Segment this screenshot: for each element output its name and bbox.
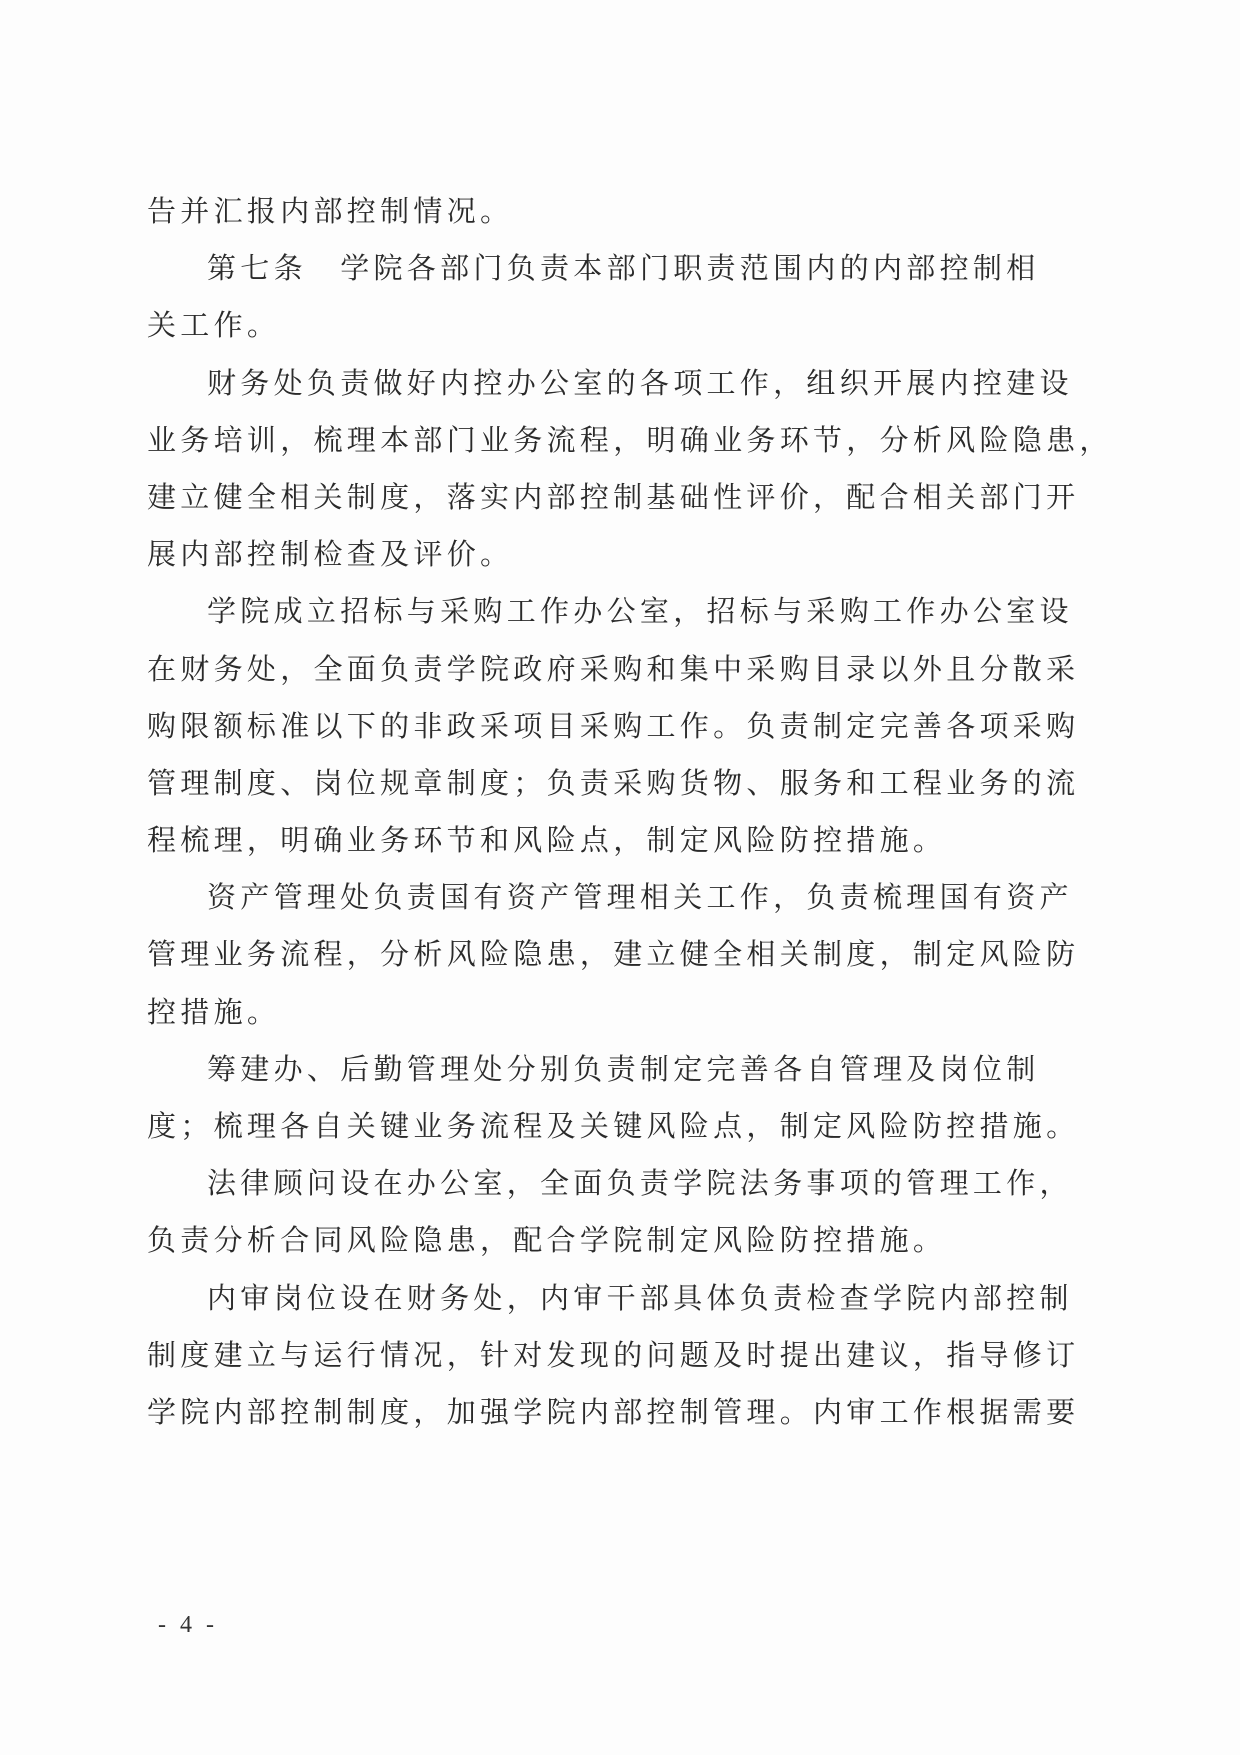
text-line: 建立健全相关制度，落实内部控制基础性评价，配合相关部门开 <box>147 469 967 526</box>
text-line-paragraph-start: 内审岗位设在财务处，内审干部具体负责检查学院内部控制 <box>147 1270 967 1327</box>
text-line: 学院内部控制制度，加强学院内部控制管理。内审工作根据需要 <box>147 1384 967 1441</box>
text-line: 业务培训，梳理本部门业务流程，明确业务环节，分析风险隐患， <box>147 412 967 469</box>
text-line-paragraph-start: 筹建办、后勤管理处分别负责制定完善各自管理及岗位制 <box>147 1041 967 1098</box>
text-line-paragraph-start: 学院成立招标与采购工作办公室，招标与采购工作办公室设 <box>147 583 967 640</box>
text-line: 控措施。 <box>147 984 967 1041</box>
text-line: 关工作。 <box>147 297 967 354</box>
text-line: 度；梳理各自关键业务流程及关键风险点，制定风险防控措施。 <box>147 1098 967 1155</box>
text-line: 负责分析合同风险隐患，配合学院制定风险防控措施。 <box>147 1212 967 1269</box>
text-line: 程梳理，明确业务环节和风险点，制定风险防控措施。 <box>147 812 967 869</box>
text-line: 告并汇报内部控制情况。 <box>147 183 967 240</box>
text-line-article-7: 第七条 学院各部门负责本部门职责范围内的内部控制相 <box>147 240 967 297</box>
text-line: 展内部控制检查及评价。 <box>147 526 967 583</box>
text-line-paragraph-start: 法律顾问设在办公室，全面负责学院法务事项的管理工作， <box>147 1155 967 1212</box>
text-line-paragraph-start: 财务处负责做好内控办公室的各项工作，组织开展内控建设 <box>147 355 967 412</box>
text-line: 管理业务流程，分析风险隐患，建立健全相关制度，制定风险防 <box>147 926 967 983</box>
body-text: 告并汇报内部控制情况。 第七条 学院各部门负责本部门职责范围内的内部控制相 关工… <box>147 183 967 1441</box>
text-line: 在财务处，全面负责学院政府采购和集中采购目录以外且分散采 <box>147 641 967 698</box>
text-line: 制度建立与运行情况，针对发现的问题及时提出建议，指导修订 <box>147 1327 967 1384</box>
text-line-paragraph-start: 资产管理处负责国有资产管理相关工作，负责梳理国有资产 <box>147 869 967 926</box>
document-page: 告并汇报内部控制情况。 第七条 学院各部门负责本部门职责范围内的内部控制相 关工… <box>0 0 1240 1755</box>
text-line: 购限额标准以下的非政采项目采购工作。负责制定完善各项采购 <box>147 698 967 755</box>
text-line: 管理制度、岗位规章制度；负责采购货物、服务和工程业务的流 <box>147 755 967 812</box>
page-number: - 4 - <box>158 1612 218 1639</box>
